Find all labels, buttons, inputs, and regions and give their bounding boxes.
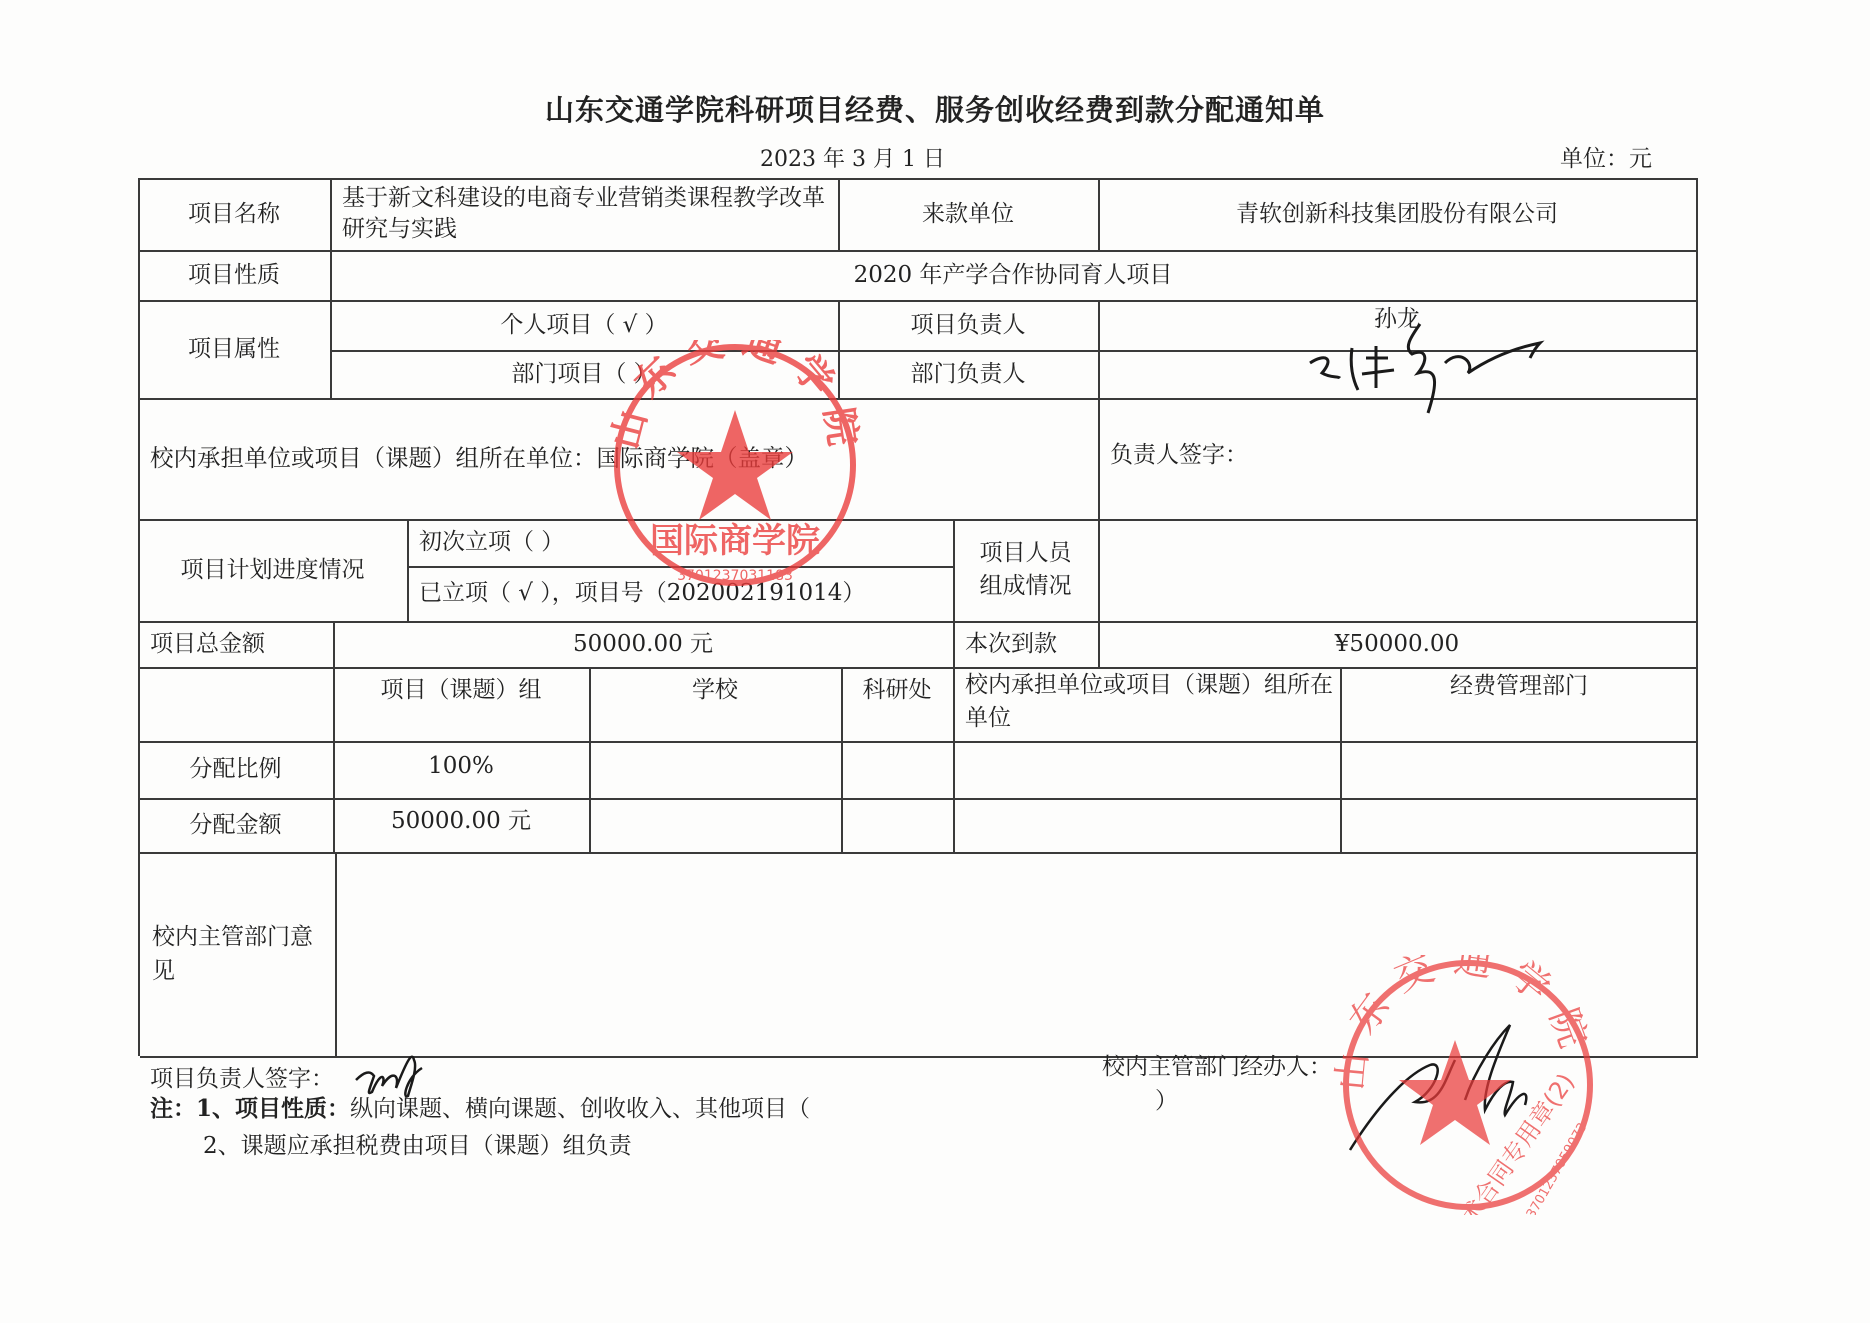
svg-text:3701237059073: 3701237059073 (1524, 1120, 1591, 1215)
ratio-label: 分配比例 (138, 741, 333, 798)
dist-header-unit: 校内承担单位或项目（课题）组所在单位 (953, 667, 1340, 741)
project-leader-label: 项目负责人 (838, 300, 1098, 350)
opinion-value (335, 852, 1696, 1056)
amount-label: 分配金额 (138, 798, 333, 852)
note1-text: 纵向课题、横向课题、创收收入、其他项目（ (350, 1096, 810, 1122)
document-title: 山东交通学院科研项目经费、服务创收经费到款分配通知单 (0, 88, 1870, 129)
payer-value: 青软创新科技集团股份有限公司 (1098, 178, 1696, 250)
note2: 2、课题应承担税费由项目（课题）组负责 (203, 1127, 632, 1160)
svg-text:技术合同专用章(2): 技术合同专用章(2) (1441, 1068, 1580, 1215)
arrival-value: ¥50000.00 (1098, 621, 1696, 667)
total-amount-value: 50000.00 元 (333, 621, 953, 667)
project-name-label: 项目名称 (138, 178, 330, 250)
note1-prefix: 注：1、项目性质： (150, 1095, 350, 1122)
leader-signature-label: 负责人签字： (1098, 398, 1696, 519)
project-name-value: 基于新文科建设的电商专业营销类课程教学改革研究与实践 (330, 178, 838, 250)
undertaking-unit: 校内承担单位或项目（课题）组所在单位：国际商学院（盖章） (138, 398, 1098, 519)
dept-leader-label: 部门负责人 (838, 350, 1098, 398)
members-value (1098, 519, 1696, 621)
amount-group-value: 50000.00 元 (333, 798, 589, 844)
arrival-label: 本次到款 (953, 621, 1098, 667)
total-amount-label: 项目总金额 (138, 621, 333, 667)
nature-label: 项目性质 (138, 250, 330, 300)
dist-header-school: 学校 (589, 667, 841, 741)
dept-project-option: 部门项目（ ） (330, 350, 838, 398)
dist-header-finance: 经费管理部门 (1340, 667, 1698, 741)
dist-header-group: 项目（课题）组 (333, 667, 589, 741)
currency-unit: 单位：元 (1560, 140, 1652, 173)
payer-label: 来款单位 (838, 178, 1098, 250)
opinion-label: 校内主管部门意见 (140, 852, 335, 1056)
dept-leader-value (1098, 350, 1696, 398)
members-label: 项目人员组成情况 (953, 519, 1098, 621)
handler-signature-label: 校内主管部门经办人： (1102, 1048, 1332, 1081)
progress-label: 项目计划进度情况 (138, 519, 407, 621)
nature-value: 2020 年产学合作协同育人项目 (330, 250, 1696, 300)
dist-header-research-office: 科研处 (841, 667, 953, 741)
handler-paren: ） (1155, 1082, 1178, 1115)
approved-option: 已立项（ √ ），项目号（202002191014） (407, 566, 953, 621)
attribute-label: 项目属性 (138, 300, 330, 398)
ratio-group-value: 100% (333, 741, 589, 791)
document-date: 2023 年 3 月 1 日 (760, 142, 945, 173)
project-leader-value: 孙龙 (1098, 300, 1696, 350)
project-leader-signature-label: 项目负责人签字： (150, 1060, 334, 1093)
personal-project-option: 个人项目（ √ ） (330, 300, 838, 350)
initial-approval-option: 初次立项（ ） (407, 519, 953, 566)
